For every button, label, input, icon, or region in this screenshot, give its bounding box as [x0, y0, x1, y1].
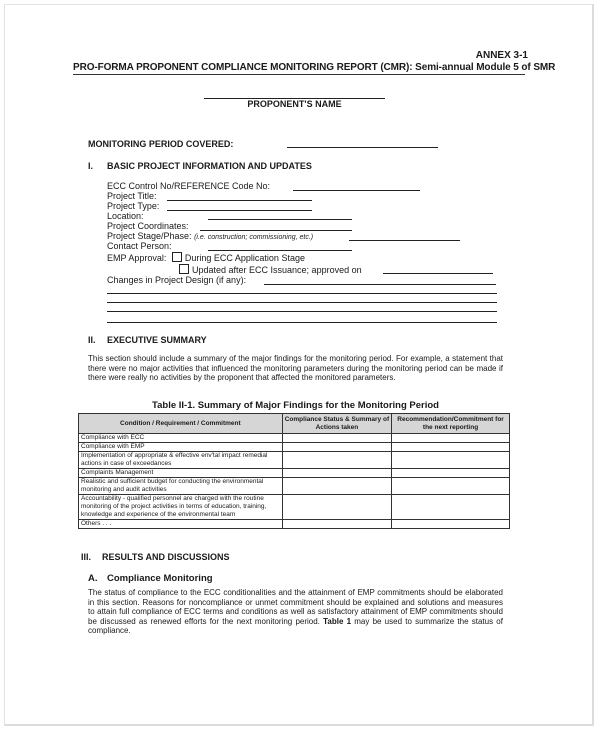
changes-design-line-4[interactable] [107, 311, 497, 312]
table-row: Accountability - qualified personnel are… [79, 495, 510, 520]
status-cell[interactable] [282, 520, 391, 529]
table-header-recommendation: Recommendation/Commitment for the next r… [392, 414, 510, 434]
emp-approval-row: EMP Approval: During ECC Application Sta… [107, 252, 305, 263]
table-header-condition: Condition / Requirement / Commitment [79, 414, 283, 434]
section-2-number: II. [88, 335, 96, 345]
condition-cell: Accountability - qualified personnel are… [79, 495, 283, 520]
changes-design-line-3[interactable] [107, 302, 497, 303]
table-row: Compliance with EMP [79, 443, 510, 452]
condition-cell: Realistic and sufficient budget for cond… [79, 478, 283, 495]
recommendation-cell[interactable] [392, 434, 510, 443]
condition-cell: Compliance with ECC [79, 434, 283, 443]
annex-label: ANNEX 3-1 [476, 50, 528, 61]
condition-cell: Compliance with EMP [79, 443, 283, 452]
status-cell[interactable] [282, 443, 391, 452]
recommendation-cell[interactable] [392, 469, 510, 478]
subsection-a-number: A. [88, 573, 98, 584]
recommendation-cell[interactable] [392, 520, 510, 529]
section-2-title: EXECUTIVE SUMMARY [107, 335, 207, 345]
project-type-label: Project Type: [107, 201, 159, 211]
status-cell[interactable] [282, 478, 391, 495]
table-row: Others . . . [79, 520, 510, 529]
status-cell[interactable] [282, 452, 391, 469]
ecc-control-field[interactable] [293, 190, 420, 191]
coordinates-label: Project Coordinates: [107, 221, 189, 231]
table-header-row: Condition / Requirement / Commitment Com… [79, 414, 510, 434]
table-header-status: Compliance Status & Summary of Actions t… [282, 414, 391, 434]
emp-option-1-checkbox[interactable] [172, 252, 182, 262]
emp-approval-label: EMP Approval: [107, 253, 166, 263]
location-field[interactable] [208, 219, 352, 220]
project-title-label: Project Title: [107, 191, 157, 201]
changes-design-label: Changes in Project Design (if any): [107, 275, 246, 285]
status-cell[interactable] [282, 434, 391, 443]
stage-phase-label: Project Stage/Phase: [107, 231, 192, 241]
recommendation-cell[interactable] [392, 452, 510, 469]
section-1-title: BASIC PROJECT INFORMATION AND UPDATES [107, 161, 312, 171]
condition-cell: Others . . . [79, 520, 283, 529]
document-title: PRO-FORMA PROPONENT COMPLIANCE MONITORIN… [73, 62, 525, 75]
stage-phase-field[interactable] [349, 240, 460, 241]
monitoring-period-label: MONITORING PERIOD COVERED: [88, 139, 233, 149]
table-row: Realistic and sufficient budget for cond… [79, 478, 510, 495]
changes-design-line-5[interactable] [107, 322, 497, 323]
recommendation-cell[interactable] [392, 478, 510, 495]
executive-summary-paragraph: This section should include a summary of… [88, 354, 503, 383]
status-cell[interactable] [282, 469, 391, 478]
contact-person-field[interactable] [208, 250, 352, 251]
table-1-reference: Table 1 [323, 617, 351, 626]
condition-cell: Complaints Management [79, 469, 283, 478]
status-cell[interactable] [282, 495, 391, 520]
stage-phase-hint: (i.e. construction; commissioning, etc.) [194, 234, 313, 241]
emp-option-2-checkbox[interactable] [179, 264, 189, 274]
table-caption: Table II-1. Summary of Major Findings fo… [88, 400, 503, 411]
compliance-monitoring-paragraph: The status of compliance to the ECC cond… [88, 588, 503, 636]
subsection-a-title: Compliance Monitoring [107, 573, 213, 584]
findings-table: Condition / Requirement / Commitment Com… [78, 413, 510, 529]
section-1-number: I. [88, 161, 93, 171]
table-row: Compliance with ECC [79, 434, 510, 443]
emp-option-2-label: Updated after ECC Issuance; approved on [192, 265, 362, 275]
recommendation-cell[interactable] [392, 495, 510, 520]
ecc-control-label: ECC Control No/REFERENCE Code No: [107, 181, 270, 191]
changes-design-line-2[interactable] [107, 293, 497, 294]
location-label: Location: [107, 211, 144, 221]
changes-design-field[interactable] [264, 284, 496, 285]
section-3-title: RESULTS AND DISCUSSIONS [102, 552, 230, 562]
condition-cell: Implementation of appropriate & effectiv… [79, 452, 283, 469]
project-title-field[interactable] [167, 200, 312, 201]
table-row: Complaints Management [79, 469, 510, 478]
emp-option-2-row: Updated after ECC Issuance; approved on [179, 264, 362, 275]
recommendation-cell[interactable] [392, 443, 510, 452]
table-row: Implementation of appropriate & effectiv… [79, 452, 510, 469]
emp-option-1-label: During ECC Application Stage [185, 253, 305, 263]
contact-person-label: Contact Person: [107, 241, 172, 251]
monitoring-period-field[interactable] [287, 147, 438, 148]
proponent-name-label: PROPONENT'S NAME [204, 99, 385, 109]
section-3-number: III. [81, 552, 91, 562]
project-type-field[interactable] [167, 210, 312, 211]
emp-approved-on-field[interactable] [383, 273, 493, 274]
